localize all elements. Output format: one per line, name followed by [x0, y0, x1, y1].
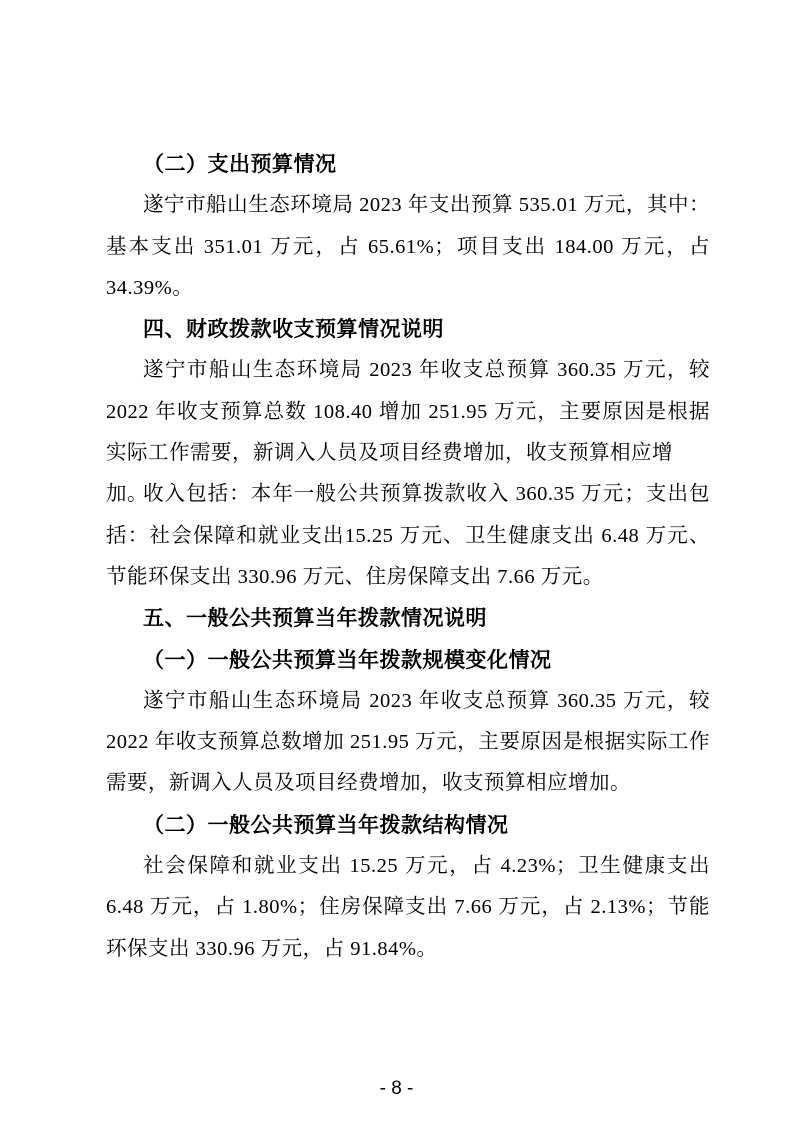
document-body: （二）支出预算情况 遂宁市船山生态环境局 2023 年支出预算 535.01 万… [106, 144, 710, 970]
paragraph-expenditure-line-3: 34.39%。 [106, 268, 710, 309]
paragraph-income-expense-line-1: 收入包括：本年一般公共预算拨款收入 360.35 万元；支出包 [106, 474, 710, 515]
paragraph-expenditure-line-2: 基本支出 351.01 万元，占 65.61%；项目支出 184.00 万元，占 [106, 227, 710, 268]
page-number: - 8 - [0, 1078, 793, 1100]
paragraph-fiscal-total-line-2: 2022 年收支预算总数 108.40 增加 251.95 万元，主要原因是根据 [106, 392, 710, 433]
paragraph-income-expense-line-3: 节能环保支出 330.96 万元、住房保障支出 7.66 万元。 [106, 557, 710, 598]
paragraph-structure-line-3: 环保支出 330.96 万元，占 91.84%。 [106, 929, 710, 970]
paragraph-scale-change-line-3: 需要，新调入人员及项目经费增加，收支预算相应增加。 [106, 763, 710, 804]
heading-general-budget: 五、一般公共预算当年拨款情况说明 [106, 598, 710, 639]
paragraph-fiscal-total-line-3: 实际工作需要，新调入人员及项目经费增加，收支预算相应增加。 [106, 433, 710, 474]
paragraph-scale-change-line-1: 遂宁市船山生态环境局 2023 年收支总预算 360.35 万元，较 [106, 681, 710, 722]
heading-scale-change: （一）一般公共预算当年拨款规模变化情况 [106, 640, 710, 681]
heading-expenditure-budget: （二）支出预算情况 [106, 144, 710, 185]
paragraph-income-expense-line-2: 括：社会保障和就业支出15.25 万元、卫生健康支出 6.48 万元、 [106, 516, 710, 557]
paragraph-scale-change-line-2: 2022 年收支预算总数增加 251.95 万元，主要原因是根据实际工作 [106, 722, 710, 763]
paragraph-fiscal-total-line-1: 遂宁市船山生态环境局 2023 年收支总预算 360.35 万元，较 [106, 350, 710, 391]
paragraph-structure-line-2: 6.48 万元，占 1.80%；住房保障支出 7.66 万元，占 2.13%；节… [106, 887, 710, 928]
heading-fiscal-appropriation: 四、财政拨款收支预算情况说明 [106, 309, 710, 350]
document-page: （二）支出预算情况 遂宁市船山生态环境局 2023 年支出预算 535.01 万… [0, 0, 793, 1122]
paragraph-expenditure-line-1: 遂宁市船山生态环境局 2023 年支出预算 535.01 万元，其中： [106, 185, 710, 226]
heading-structure: （二）一般公共预算当年拨款结构情况 [106, 805, 710, 846]
paragraph-structure-line-1: 社会保障和就业支出 15.25 万元，占 4.23%；卫生健康支出 [106, 846, 710, 887]
